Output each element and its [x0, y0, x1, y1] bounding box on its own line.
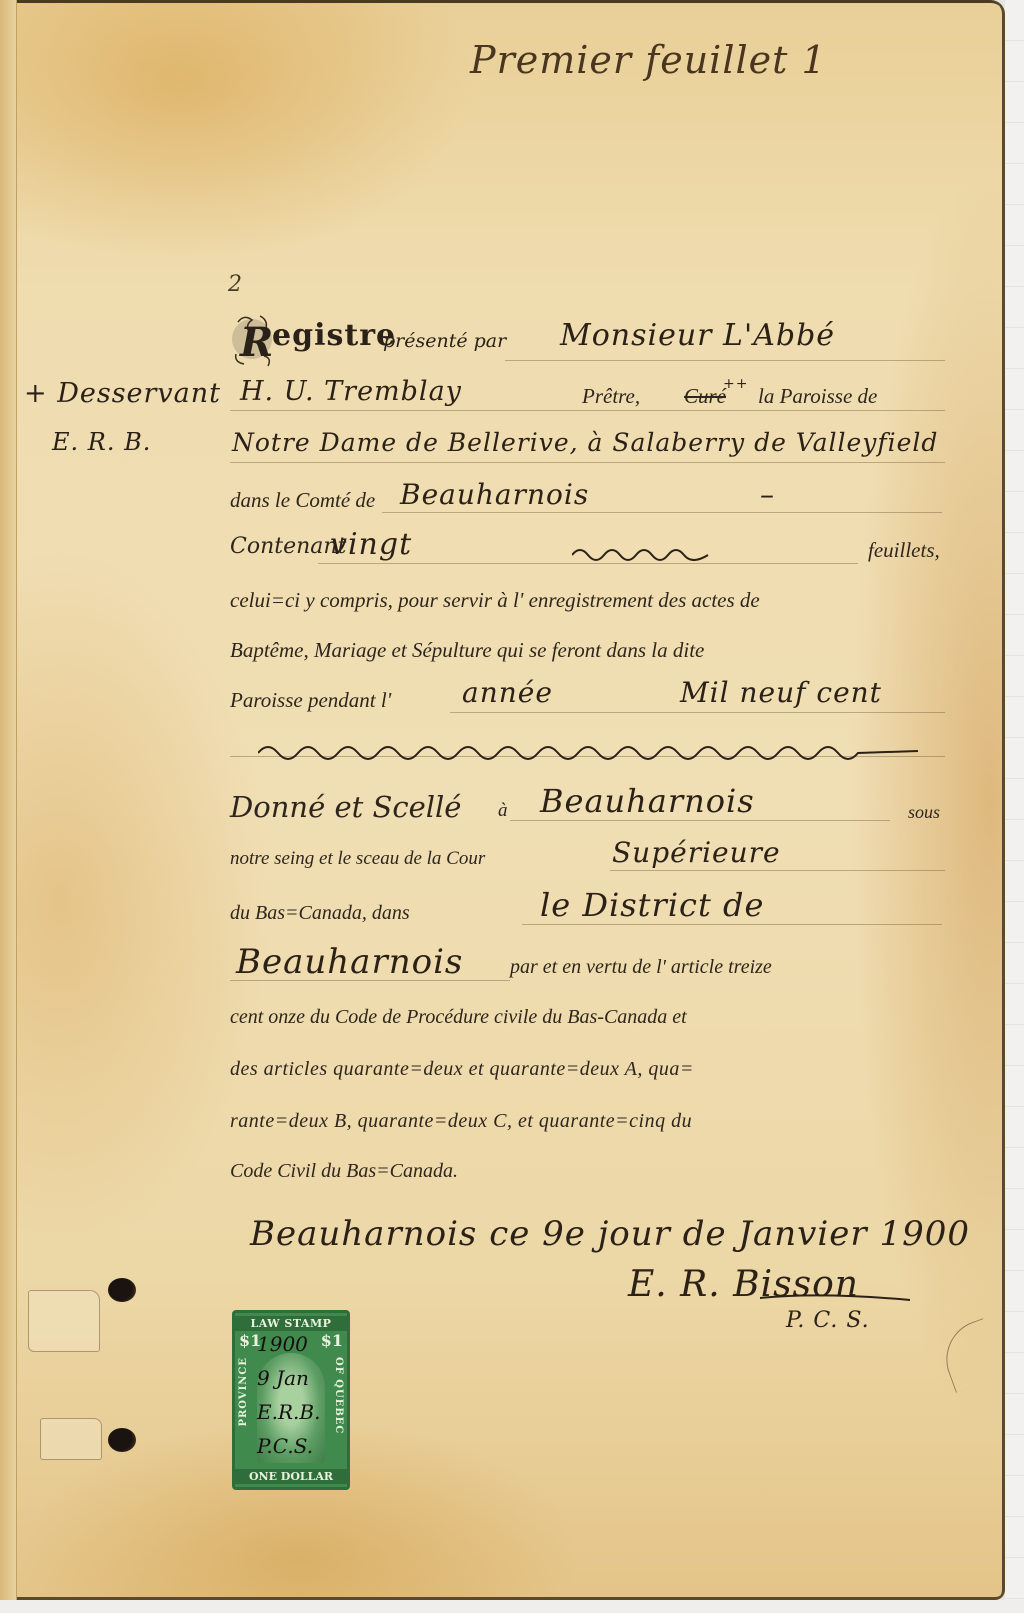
tiny-mark: 2	[228, 272, 243, 297]
title-registre: egistre	[272, 318, 396, 353]
struck-cure: Curé	[684, 384, 726, 409]
stamp-bottom-label: ONE DOLLAR	[235, 1469, 347, 1484]
page-left-edge	[0, 0, 17, 1600]
margin-note-initials: E. R. B.	[52, 428, 151, 456]
header-note: Premier feuillet 1	[470, 38, 827, 82]
printed-dans-le-comte-de: dans le Comté de	[230, 488, 375, 513]
punch-hole	[108, 1278, 136, 1302]
printed-pretre: Prêtre,	[582, 384, 640, 409]
handwritten-tremblay: H. U. Tremblay	[240, 376, 462, 407]
place-and-date: Beauharnois ce 9e jour de Janvier 1900	[250, 1214, 970, 1254]
rule	[450, 712, 945, 713]
handwritten-mil-neuf-cent: Mil neuf cent	[680, 676, 882, 709]
signature-flourish-icon	[760, 1290, 910, 1304]
title-presente-par: présenté par	[383, 330, 506, 352]
handwritten-annee: année	[462, 676, 553, 709]
printed-donne-et-scelle: Donné et Scellé	[230, 790, 461, 824]
margin-note-desservant: + Desservant	[24, 378, 221, 409]
rule	[230, 410, 945, 411]
law-stamp: LAW STAMP $1 $1 PROVINCE OF QUEBEC ONE D…	[232, 1310, 350, 1490]
background-right	[1005, 0, 1024, 1613]
printed-paroisse-pendant: Paroisse pendant l'	[230, 688, 391, 713]
paper-tear	[40, 1418, 102, 1460]
stamp-cancellation: 1900 9 Jan E.R.B. P.C.S.	[257, 1327, 320, 1463]
background-bottom	[0, 1600, 1024, 1613]
handwritten-superieure: Supérieure	[612, 836, 781, 869]
rule	[610, 870, 945, 871]
printed-cent-onze: cent onze du Code de Procédure civile du…	[230, 1006, 687, 1029]
register-page: Premier feuillet 1 2 R egistre présenté …	[0, 0, 1005, 1600]
handwritten-beauharnois-district: Beauharnois	[236, 942, 463, 982]
svg-text:R: R	[239, 319, 273, 366]
printed-par-et-en-vertu: par et en vertu de l' article treize	[510, 956, 772, 979]
printed-rante-deux: rante=deux B, quarante=deux C, et quaran…	[230, 1110, 692, 1133]
rule	[382, 512, 942, 513]
printed-contenant: Contenant	[230, 534, 346, 559]
printed-sous: sous	[908, 802, 940, 823]
printed-bapteme: Baptême, Mariage et Sépulture qui se fer…	[230, 638, 704, 663]
stamp-side-left: PROVINCE	[238, 1357, 249, 1427]
punch-hole	[108, 1428, 136, 1452]
stamp-value-right: $1	[321, 1331, 343, 1350]
rule	[230, 462, 945, 463]
handwritten-beauharnois-donne: Beauharnois	[540, 782, 755, 820]
stamp-side-right: OF QUEBEC	[333, 1357, 344, 1434]
page-corner-curl	[935, 1318, 1004, 1393]
wavy-filler-line-icon	[258, 735, 938, 765]
rule	[510, 820, 890, 821]
printed-du-bas-canada-dans: du Bas=Canada, dans	[230, 902, 410, 925]
handwritten-monsieur-labbe: Monsieur L'Abbé	[560, 318, 835, 353]
rule	[522, 924, 942, 925]
handwritten-le-district-de: le District de	[540, 886, 764, 924]
printed-feuillets: feuillets,	[868, 538, 940, 563]
handwritten-vingt: vingt	[330, 527, 412, 562]
printed-code-civil: Code Civil du Bas=Canada.	[230, 1160, 458, 1183]
handwritten-parish-name: Notre Dame de Bellerive, à Salaberry de …	[232, 428, 938, 457]
paper-tear	[28, 1290, 100, 1352]
printed-a: à	[498, 800, 508, 822]
printed-la-paroisse-de: la Paroisse de	[758, 384, 877, 409]
rule	[505, 360, 945, 361]
signature-title: P. C. S.	[786, 1308, 870, 1333]
printed-des-articles: des articles quarante=deux et quarante=d…	[230, 1058, 694, 1081]
printed-notre-seing: notre seing et le sceau de la Cour	[230, 848, 485, 870]
filler-squiggle-icon	[572, 545, 722, 561]
dash: –	[760, 478, 775, 511]
handwritten-beauharnois-comte: Beauharnois	[400, 478, 589, 511]
ornate-initial-icon: R	[230, 310, 274, 368]
rule	[318, 563, 858, 564]
insert-mark: ++	[723, 376, 748, 392]
printed-celui-ci: celui=ci y compris, pour servir à l' enr…	[230, 588, 760, 613]
